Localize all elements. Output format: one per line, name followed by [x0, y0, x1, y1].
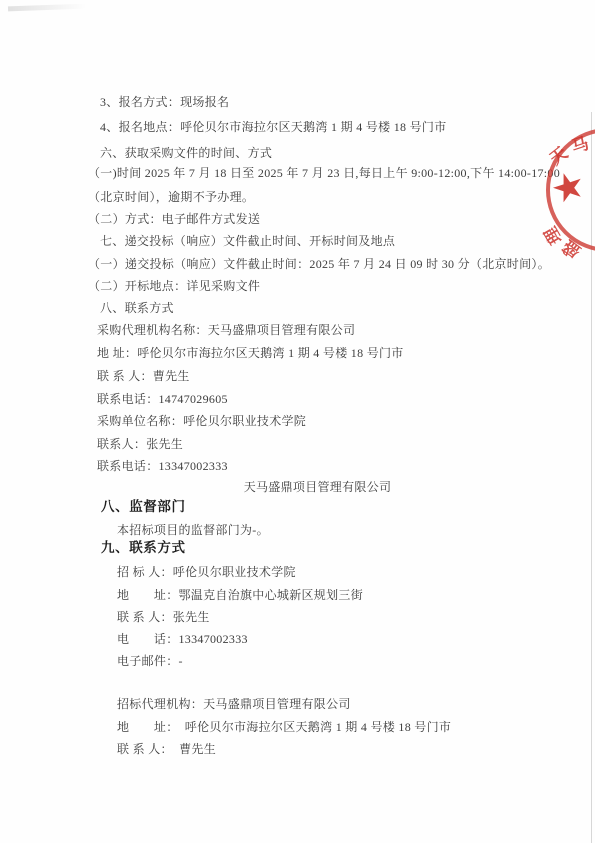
doc-line: 3、报名方式：现场报名: [100, 95, 229, 109]
doc-line: 招 标 人：呼伦贝尔职业技术学院: [117, 565, 296, 579]
doc-line: 联系人：张先生: [97, 437, 183, 451]
doc-line: （一)时间 2025 年 7 月 18 日至 2025 年 7 月 23 日,每…: [88, 166, 560, 180]
document-page: 3、报名方式：现场报名 4、报名地点：呼伦贝尔市海拉尔区天鹅湾 1 期 4 号楼…: [0, 0, 595, 843]
agency-signature-line: 天马盛鼎项目管理有限公司: [40, 480, 595, 494]
doc-line: 八、联系方式: [100, 301, 174, 315]
doc-line: （二）开标地点：详见采购文件: [88, 279, 260, 293]
doc-line: 地 址：鄂温克自治旗中心城新区规划三街: [117, 588, 363, 602]
doc-line: 联 系 人： 曹先生: [117, 742, 216, 756]
doc-line: （北京时间），逾期不予办理。: [88, 190, 254, 204]
doc-line: 4、报名地点：呼伦贝尔市海拉尔区天鹅湾 1 期 4 号楼 18 号门市: [100, 120, 447, 134]
doc-line: 电子邮件：-: [117, 654, 183, 668]
doc-line: 电 话：13347002333: [117, 632, 248, 646]
section-heading-supervision: 八、监督部门: [101, 500, 186, 514]
scan-smudge-artifact: [8, 4, 86, 12]
doc-line: 联系电话：14747029605: [97, 392, 228, 406]
doc-line: 联 系 人：曹先生: [97, 369, 190, 383]
doc-line: 采购代理机构名称：天马盛鼎项目管理有限公司: [97, 323, 355, 337]
doc-line: 采购单位名称：呼伦贝尔职业技术学院: [97, 414, 306, 428]
doc-line: （二）方式：电子邮件方式发送: [88, 212, 260, 226]
doc-line: 七、递交投标（响应）文件截止时间、开标时间及地点: [100, 234, 395, 248]
doc-line: 招标代理机构：天马盛鼎项目管理有限公司: [117, 697, 351, 711]
doc-line: （一）递交投标（响应）文件截止时间：2025 年 7 月 24 日 09 时 3…: [88, 257, 550, 271]
doc-line: 联系电话：13347002333: [97, 459, 228, 473]
doc-line: 地 址： 呼伦贝尔市海拉尔区天鹅湾 1 期 4 号楼 18 号门市: [117, 720, 451, 734]
section-heading-contact: 九、联系方式: [101, 541, 186, 555]
doc-line: 地 址：呼伦贝尔市海拉尔区天鹅湾 1 期 4 号楼 18 号门市: [97, 346, 404, 360]
doc-line: 本招标项目的监督部门为-。: [117, 523, 269, 537]
doc-line: 联 系 人：张先生: [117, 610, 210, 624]
doc-line: 六、获取采购文件的时间、方式: [100, 146, 272, 160]
